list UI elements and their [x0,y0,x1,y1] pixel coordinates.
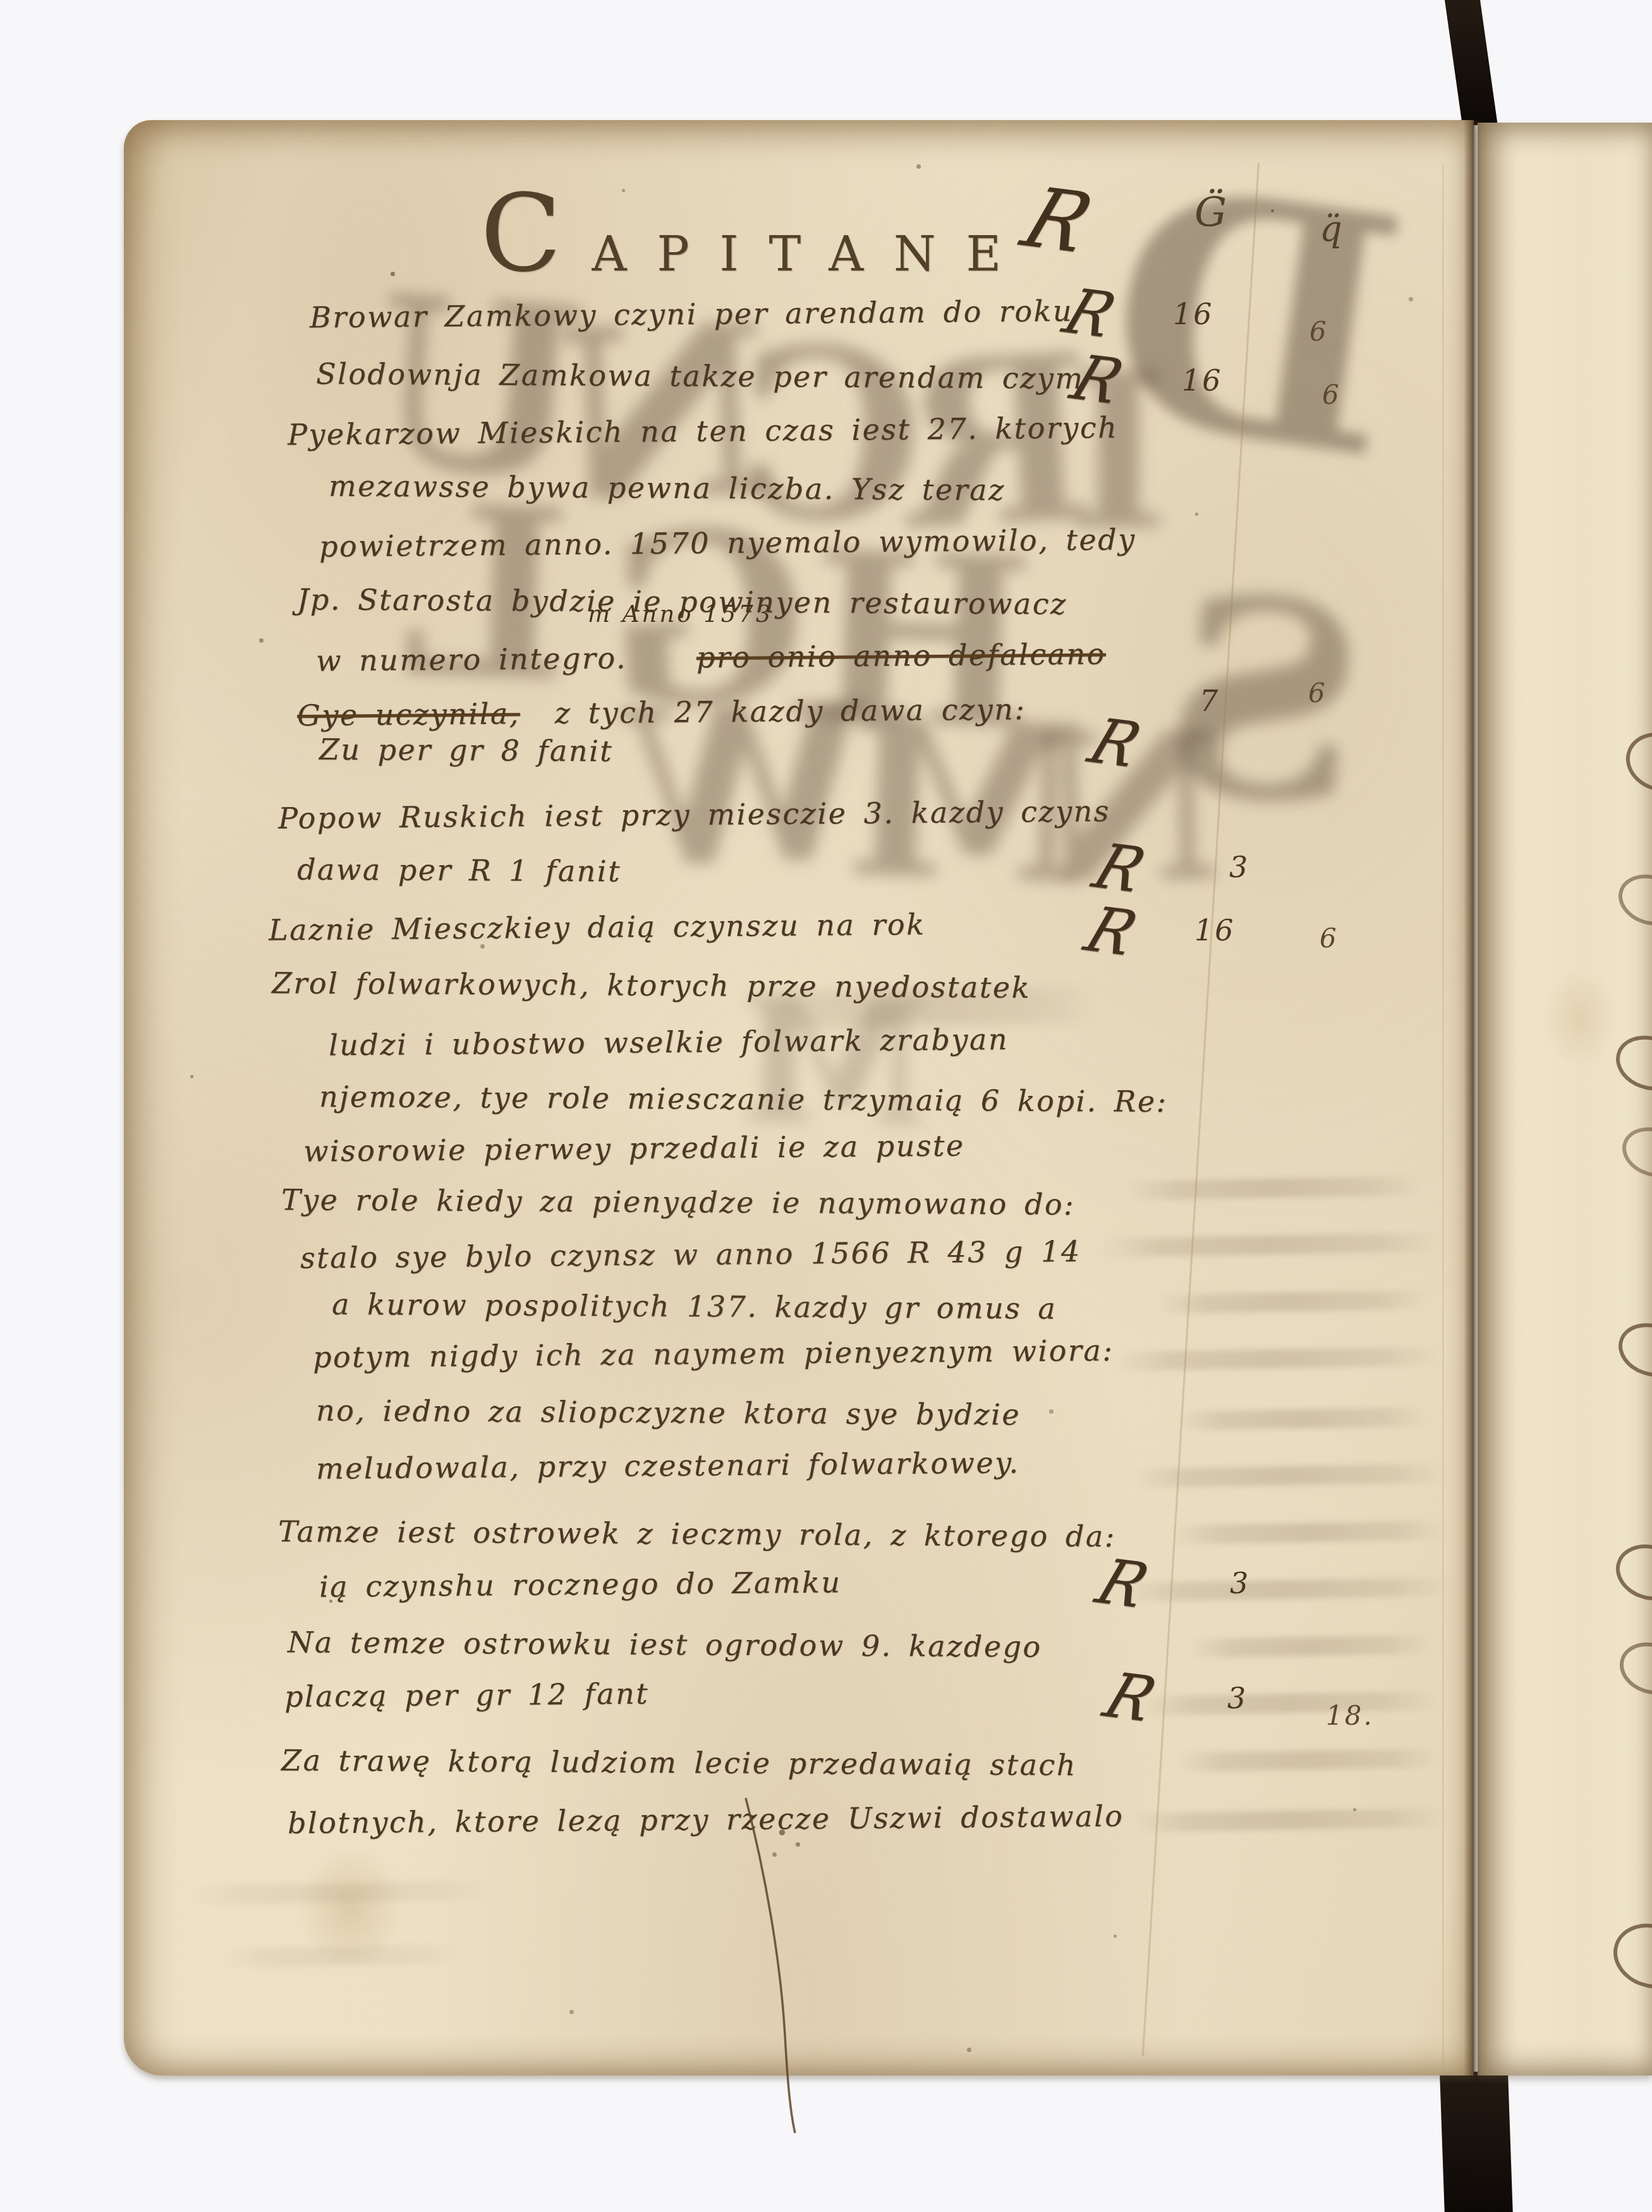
margin-amount: 3 [1227,1681,1248,1715]
manuscript-line: powietrzem anno. 1570 nyemalo wymowilo, … [319,522,1136,563]
line-text: w numero integro. [316,641,627,678]
manuscript-line: Slodownja Zamkowa takze per arendam czym [316,356,1084,395]
margin-amount: 16 [1194,913,1236,947]
margin-amount: 7 [1200,684,1220,718]
page-gutter [1464,120,1481,2075]
manuscript-line: ią czynshu rocznego do Zamku [319,1565,842,1603]
line-text: Zu per gr 8 fanit [319,732,614,769]
margin-rule-line [1442,164,1444,2067]
margin-amount: 16 [1173,297,1214,331]
binding-ribbon-top [1445,0,1498,125]
line-text: mezawsse bywa pewna liczba. Ysz teraz [329,469,1005,507]
interlinear-insertion: m Anno 1573 [588,600,773,628]
paper-stain [297,1845,404,1972]
binding-ribbon-bottom [1440,2072,1513,2212]
line-text: ludzi i ubostwo wselkie folwark zrabyan [329,1022,1009,1062]
ink-speck-layer [0,0,2,2]
manuscript-line: Gye uczynila,z tych 27 kazdy dawa czyn: [297,692,1026,732]
line-text: Zrol folwarkowych, ktorych prze nyedosta… [272,966,1031,1004]
manuscript-line: dawa per R 1 fanit [297,852,621,888]
page-title: CAPITANE [480,172,1031,296]
margin-far-amount: 6 [1308,678,1327,708]
manuscript-right-page [1478,123,1652,2075]
line-text: powietrzem anno. 1570 nyemalo wymowilo, … [319,522,1136,563]
line-text: dawa per R 1 fanit [297,852,621,888]
title-mark-2: q̈ [1320,209,1342,250]
manuscript-line: mezawsse bywa pewna liczba. Ysz teraz [329,469,1005,507]
line-text: blotnych, ktore lezą przy rzecze Uszwi d… [288,1799,1124,1840]
line-text: z tych 27 kazdy dawa czyn: [555,692,1026,731]
line-text: Browar Zamkowy czyni per arendam do roku [310,294,1073,335]
line-text: Na temze ostrowku iest ogrodow 9. kazdeg… [288,1625,1042,1663]
manuscript-line: Browar Zamkowy czyni per arendam do roku [310,294,1073,335]
strikethrough-text: Gye uczynila, [297,696,520,732]
manuscript-line: w numero integro.pro onio anno defalcano [316,637,1106,678]
manuscript-line: Na temze ostrowku iest ogrodow 9. kazdeg… [288,1625,1042,1663]
manuscript-line: Tamze iest ostrowek z ieczmy rola, z kto… [278,1514,1116,1553]
margin-amount: 3 [1229,850,1249,884]
line-text: placzą per gr 12 fant [284,1676,650,1713]
paper-stain [442,1106,948,1460]
manuscript-line: Zu per gr 8 fanit [319,732,614,769]
manuscript-line: ludzi i ubostwo wselkie folwark zrabyan [329,1022,1009,1062]
margin-amount: 16 [1182,363,1223,398]
paper-stain [1542,967,1618,1068]
manuscript-line: Zrol folwarkowych, ktorych prze nyedosta… [272,966,1031,1004]
line-text: Slodownja Zamkowa takze per arendam czym [316,356,1084,395]
margin-far-amount: 18. [1326,1700,1374,1731]
manuscript-line: Popow Ruskich iest przy miesczie 3. kazd… [278,794,1110,835]
line-text: Tamze iest ostrowek z ieczmy rola, z kto… [278,1514,1116,1553]
manuscript-line: Pyekarzow Mieskich na ten czas iest 27. … [288,410,1119,451]
manuscript-line: Laznie Miesczkiey daią czynszu na rok [269,907,926,947]
margin-amount: 3 [1230,1566,1250,1600]
margin-far-amount: 6 [1322,379,1341,410]
line-text: Za trawę ktorą ludziom lecie przedawaią … [281,1743,1077,1782]
margin-far-amount: 6 [1309,316,1328,347]
manuscript-line: placzą per gr 12 fant [284,1676,650,1713]
margin-far-amount: 6 [1320,923,1339,954]
line-text: ią czynshu rocznego do Zamku [319,1565,842,1603]
strikethrough-text: pro onio anno defalcano [696,637,1106,675]
title-mark-1: G̈ [1194,190,1227,236]
line-text: Laznie Miesczkiey daią czynszu na rok [269,907,926,947]
line-text: Pyekarzow Mieskich na ten czas iest 27. … [288,410,1119,451]
line-text: Popow Ruskich iest przy miesczie 3. kazd… [278,794,1110,835]
manuscript-line: blotnych, ktore lezą przy rzecze Uszwi d… [288,1799,1124,1840]
manuscript-line: Za trawę ktorą ludziom lecie przedawaią … [281,1743,1077,1782]
ink-trail [727,1795,866,2136]
scanned-manuscript-page: D U N C R I L G H S W M N M CAPITANE R G [0,0,1652,2212]
